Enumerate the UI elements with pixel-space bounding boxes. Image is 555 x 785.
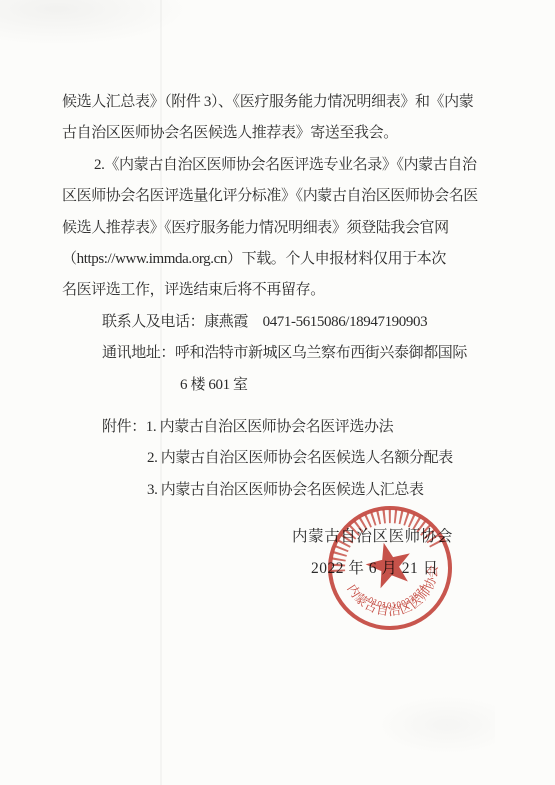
seal-code: 0101010023874: [365, 581, 431, 616]
svg-text:0101010023874: 0101010023874: [365, 581, 431, 616]
body-line-url: （https://www.immda.org.cn）下载。个人申报材料仅用于本次: [62, 244, 507, 275]
body-line: 候选人汇总表》（附件 3）、《医疗服务能力情况明细表》和《内蒙: [62, 87, 507, 118]
signature-date: 2022 年 6 月 21 日: [311, 561, 439, 577]
attachments-list: 附件：1. 内蒙古自治区医师协会名医评选办法 2. 内蒙古自治区医师协会名医候选…: [62, 412, 507, 506]
body-line: 名医评选工作，评选结束后将不再留存。: [62, 275, 507, 306]
document-page: 候选人汇总表》（附件 3）、《医疗服务能力情况明细表》和《内蒙 古自治区医师协会…: [0, 0, 555, 785]
letter-body: 候选人汇总表》（附件 3）、《医疗服务能力情况明细表》和《内蒙 古自治区医师协会…: [62, 87, 507, 401]
address-line-1: 通讯地址：呼和浩特市新城区乌兰察布西街兴泰御都国际: [62, 338, 507, 369]
attachment-item-2: 2. 内蒙古自治区医师协会名医候选人名额分配表: [62, 443, 507, 474]
address-line-2: 6 楼 601 室: [62, 370, 507, 401]
attachment-item-1: 附件：1. 内蒙古自治区医师协会名医评选办法: [62, 412, 507, 443]
body-line: 古自治区医师协会名医候选人推荐表》寄送至我会。: [62, 118, 507, 149]
body-line: 区医师协会名医评选量化评分标准》《内蒙古自治区医师协会名医: [62, 181, 507, 212]
body-line: 2.《内蒙古自治区医师协会名医评选专业名录》《内蒙古自治: [62, 150, 507, 181]
contact-line: 联系人及电话：康燕霞 0471-5615086/18947190903: [62, 307, 507, 338]
attachment-item-3: 3. 内蒙古自治区医师协会名医候选人汇总表: [62, 475, 507, 506]
body-line: 候选人推荐表》《医疗服务能力情况明细表》须登陆我会官网: [62, 213, 507, 244]
signature-organization: 内蒙古自治区医师协会: [292, 529, 453, 545]
scan-noise-bottom-right: [375, 695, 495, 755]
